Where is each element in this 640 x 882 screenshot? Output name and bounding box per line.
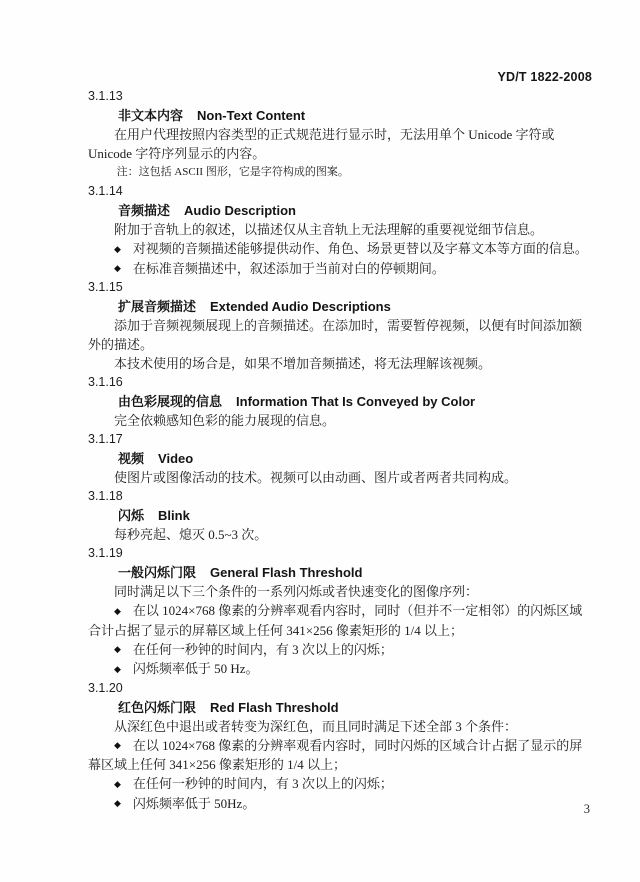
bullet-text: 在任何一秒钟的时间内，有 3 次以上的闪烁； [133,642,393,657]
term-heading: 由色彩展现的信息Information That Is Conveyed by … [88,392,592,411]
bullet-diamond-icon: ◆ [114,602,121,621]
standard-number-header: YD/T 1822-2008 [497,70,592,84]
bullet-text: 在以 1024×768 像素的分辨率观看内容时，同时闪烁的区域合计占据了显示的屏… [88,738,582,773]
term-heading: 非文本内容Non-Text Content [88,106,592,125]
term-english: Extended Audio Descriptions [210,299,391,314]
section-number: 3.1.13 [88,87,592,106]
bullet-text: 对视频的音频描述能够提供动作、角色、场景更替以及字幕文本等方面的信息。 [133,241,588,256]
term-english: Non-Text Content [197,108,305,123]
term-chinese: 红色闪烁门限 [118,700,196,715]
definition-paragraph: 从深红色中退出或者转变为深红色，而且同时满足下述全部 3 个条件： [88,717,592,736]
definition-section: 3.1.15 扩展音频描述Extended Audio Descriptions… [88,278,592,373]
bullet-diamond-icon: ◆ [114,660,121,679]
bullet-item: ◆在任何一秒钟的时间内，有 3 次以上的闪烁； [88,774,592,794]
term-heading: 扩展音频描述Extended Audio Descriptions [88,297,592,316]
bullet-item: ◆在以 1024×768 像素的分辨率观看内容时，同时（但并不一定相邻）的闪烁区… [88,601,592,640]
term-chinese: 由色彩展现的信息 [118,394,222,409]
definition-paragraph: 添加于音频视频展现上的音频描述。在添加时，需要暂停视频，以便有时间添加额外的描述… [88,316,592,354]
definition-paragraph: 使图片或图像活动的技术。视频可以由动画、图片或者两者共同构成。 [88,468,592,487]
bullet-item: ◆闪烁频率低于 50Hz。 [88,794,592,814]
definition-paragraph: 同时满足以下三个条件的一系列闪烁或者快速变化的图像序列： [88,582,592,601]
term-chinese: 一般闪烁门限 [118,565,196,580]
bullet-diamond-icon: ◆ [114,775,121,794]
bullet-item: ◆对视频的音频描述能够提供动作、角色、场景更替以及字幕文本等方面的信息。 [88,239,592,259]
term-heading: 视频Video [88,449,592,468]
bullet-diamond-icon: ◆ [114,794,121,813]
document-page: YD/T 1822-2008 3.1.13 非文本内容Non-Text Cont… [0,0,640,882]
term-heading: 一般闪烁门限General Flash Threshold [88,563,592,582]
bullet-item: ◆在以 1024×768 像素的分辨率观看内容时，同时闪烁的区域合计占据了显示的… [88,736,592,775]
definition-paragraph: 附加于音轨上的叙述，以描述仅从主音轨上无法理解的重要视觉细节信息。 [88,220,592,239]
bullet-item: ◆在任何一秒钟的时间内，有 3 次以上的闪烁； [88,640,592,660]
section-number: 3.1.18 [88,487,592,506]
bullet-diamond-icon: ◆ [114,736,121,755]
term-english: General Flash Threshold [210,565,362,580]
bullet-diamond-icon: ◆ [114,240,121,259]
section-number: 3.1.19 [88,544,592,563]
definition-paragraph: 本技术使用的场合是，如果不增加音频描述，将无法理解该视频。 [88,354,592,373]
definition-paragraph: 完全依赖感知色彩的能力展现的信息。 [88,411,592,430]
definition-section: 3.1.17 视频Video 使图片或图像活动的技术。视频可以由动画、图片或者两… [88,430,592,487]
bullet-diamond-icon: ◆ [114,259,121,278]
note-text: 注：这包括 ASCII 图形，它是字符构成的图案。 [88,163,592,182]
bullet-text: 在标准音频描述中，叙述添加于当前对白的停顿期间。 [133,261,445,276]
definition-section: 3.1.18 闪烁Blink 每秒亮起、熄灭 0.5~3 次。 [88,487,592,544]
bullet-diamond-icon: ◆ [114,640,121,659]
definition-paragraph: 在用户代理按照内容类型的正式规范进行显示时，无法用单个 Unicode 字符或 … [88,125,592,163]
term-heading: 音频描述Audio Description [88,201,592,220]
definition-section: 3.1.13 非文本内容Non-Text Content 在用户代理按照内容类型… [88,87,592,182]
term-chinese: 音频描述 [118,203,170,218]
bullet-text: 在以 1024×768 像素的分辨率观看内容时，同时（但并不一定相邻）的闪烁区域… [88,603,582,638]
bullet-text: 闪烁频率低于 50Hz。 [133,796,255,811]
term-chinese: 闪烁 [118,508,144,523]
definition-paragraph: 每秒亮起、熄灭 0.5~3 次。 [88,525,592,544]
term-heading: 红色闪烁门限Red Flash Threshold [88,698,592,717]
term-english: Red Flash Threshold [210,700,339,715]
term-english: Information That Is Conveyed by Color [236,394,475,409]
term-english: Video [158,451,193,466]
section-number: 3.1.16 [88,373,592,392]
term-chinese: 非文本内容 [118,108,183,123]
bullet-text: 闪烁频率低于 50 Hz。 [133,661,259,676]
term-heading: 闪烁Blink [88,506,592,525]
page-number: 3 [584,802,590,817]
section-number: 3.1.14 [88,182,592,201]
term-chinese: 视频 [118,451,144,466]
bullet-item: ◆在标准音频描述中，叙述添加于当前对白的停顿期间。 [88,259,592,279]
section-number: 3.1.17 [88,430,592,449]
definitions-list: 3.1.13 非文本内容Non-Text Content 在用户代理按照内容类型… [88,87,592,813]
bullet-text: 在任何一秒钟的时间内，有 3 次以上的闪烁； [133,776,393,791]
term-english: Audio Description [184,203,296,218]
section-number: 3.1.15 [88,278,592,297]
term-english: Blink [158,508,190,523]
definition-section: 3.1.20 红色闪烁门限Red Flash Threshold 从深红色中退出… [88,679,592,814]
term-chinese: 扩展音频描述 [118,299,196,314]
definition-section: 3.1.16 由色彩展现的信息Information That Is Conve… [88,373,592,430]
definition-section: 3.1.14 音频描述Audio Description 附加于音轨上的叙述，以… [88,182,592,278]
bullet-item: ◆闪烁频率低于 50 Hz。 [88,659,592,679]
definition-section: 3.1.19 一般闪烁门限General Flash Threshold 同时满… [88,544,592,679]
section-number: 3.1.20 [88,679,592,698]
